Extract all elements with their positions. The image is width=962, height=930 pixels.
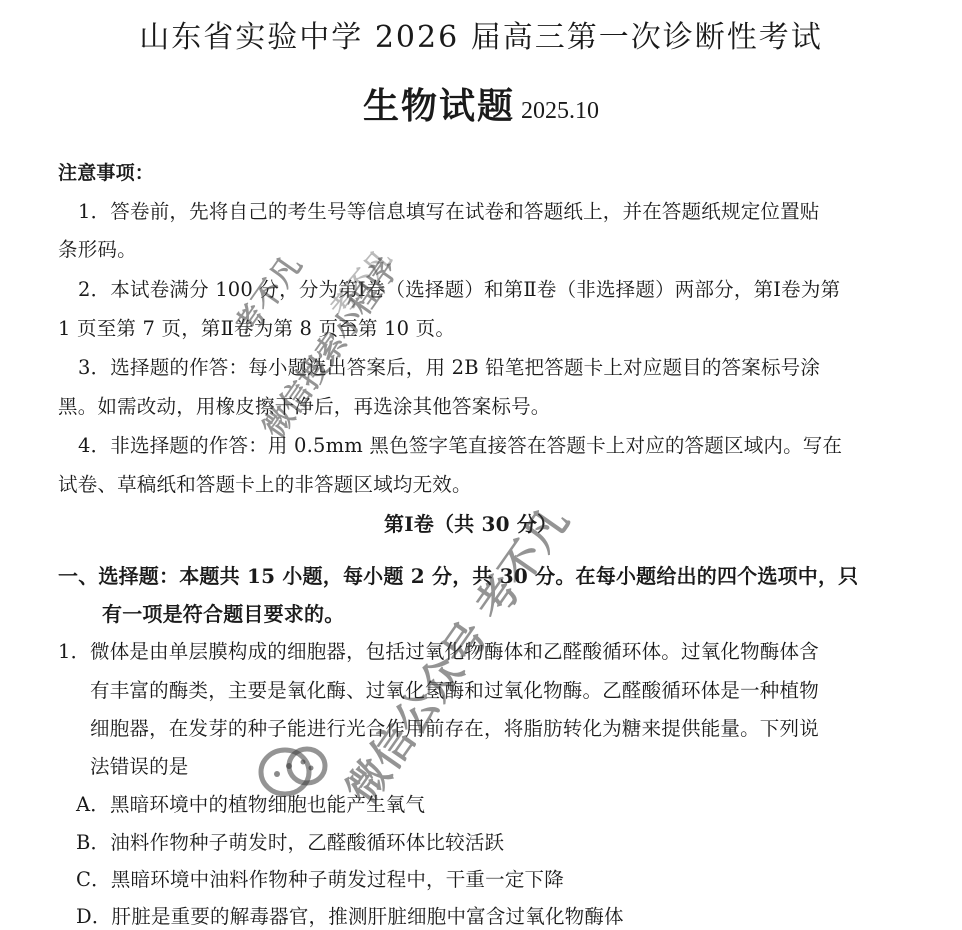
- option-b-text: 油料作物种子萌发时，乙醛酸循环体比较活跃: [110, 831, 504, 854]
- notice-item-2-line1: 2．本试卷满分 100 分，分为第Ⅰ卷（选择题）和第Ⅱ卷（非选择题）两部分，第Ⅰ…: [78, 274, 840, 302]
- notice-item-2-line2: 1 页至第 7 页，第Ⅱ卷为第 8 页至第 10 页。: [58, 313, 455, 341]
- option-d-label: D．: [76, 905, 112, 928]
- question-1-number: 1．: [58, 636, 90, 664]
- section-instructions-line2: 有一项是符合题目要求的。: [102, 598, 344, 627]
- question-1-stem-line4: 法错误的是: [90, 751, 189, 779]
- option-a-text: 黑暗环境中的植物细胞也能产生氧气: [110, 793, 425, 816]
- option-c-text: 黑暗环境中油料作物种子萌发过程中，干重一定下降: [111, 868, 564, 891]
- exam-page: 山东省实验中学 2026 届高三第一次诊断性考试 生物试题2025.10 注意事…: [0, 0, 962, 930]
- option-b-label: B．: [76, 831, 110, 854]
- option-c-label: C．: [76, 868, 111, 891]
- question-1-stem-line2: 有丰富的酶类，主要是氧化酶、过氧化氢酶和过氧化物酶。乙醛酸循环体是一种植物: [90, 675, 819, 703]
- notice-item-1-line1: 1．答卷前，先将自己的考生号等信息填写在试卷和答题纸上，并在答题纸规定位置贴: [78, 196, 820, 224]
- option-d-text: 肝脏是重要的解毒器官，推测肝脏细胞中富含过氧化物酶体: [112, 905, 624, 928]
- option-d: D．肝脏是重要的解毒器官，推测肝脏细胞中富含过氧化物酶体: [76, 901, 624, 929]
- question-1-stem-line1: 微体是由单层膜构成的细胞器，包括过氧化物酶体和乙醛酸循环体。过氧化物酶体含: [90, 636, 819, 664]
- notice-item-3-line2: 黑。如需改动，用橡皮擦干净后，再选涂其他答案标号。: [58, 391, 551, 419]
- notice-item-4-line1: 4．非选择题的作答：用 0.5mm 黑色签字笔直接答在答题卡上对应的答题区域内。…: [78, 430, 842, 458]
- notice-item-3-line1: 3．选择题的作答：每小题选出答案后，用 2B 铅笔把答题卡上对应题目的答案标号涂: [78, 352, 820, 380]
- subject-title: 生物试题2025.10: [0, 78, 962, 129]
- option-a: A．黑暗环境中的植物细胞也能产生氧气: [76, 789, 425, 817]
- exam-date: 2025.10: [521, 98, 599, 124]
- notice-heading: 注意事项：: [58, 158, 154, 185]
- option-a-label: A．: [76, 793, 110, 816]
- subject-name: 生物试题: [363, 85, 515, 127]
- exam-title: 山东省实验中学 2026 届高三第一次诊断性考试: [0, 12, 962, 56]
- option-c: C．黑暗环境中油料作物种子萌发过程中，干重一定下降: [76, 864, 564, 892]
- notice-item-4-line2: 试卷、草稿纸和答题卡上的非答题区域均无效。: [58, 469, 472, 497]
- part1-heading: 第Ⅰ卷（共 30 分）: [384, 508, 557, 537]
- section-instructions-line1: 一、选择题：本题共 15 小题，每小题 2 分，共 30 分。在每小题给出的四个…: [58, 560, 858, 589]
- notice-item-1-line2: 条形码。: [58, 234, 137, 262]
- option-b: B．油料作物种子萌发时，乙醛酸循环体比较活跃: [76, 827, 504, 855]
- question-1-stem-line3: 细胞器，在发芽的种子能进行光合作用前存在，将脂肪转化为糖来提供能量。下列说: [90, 713, 819, 741]
